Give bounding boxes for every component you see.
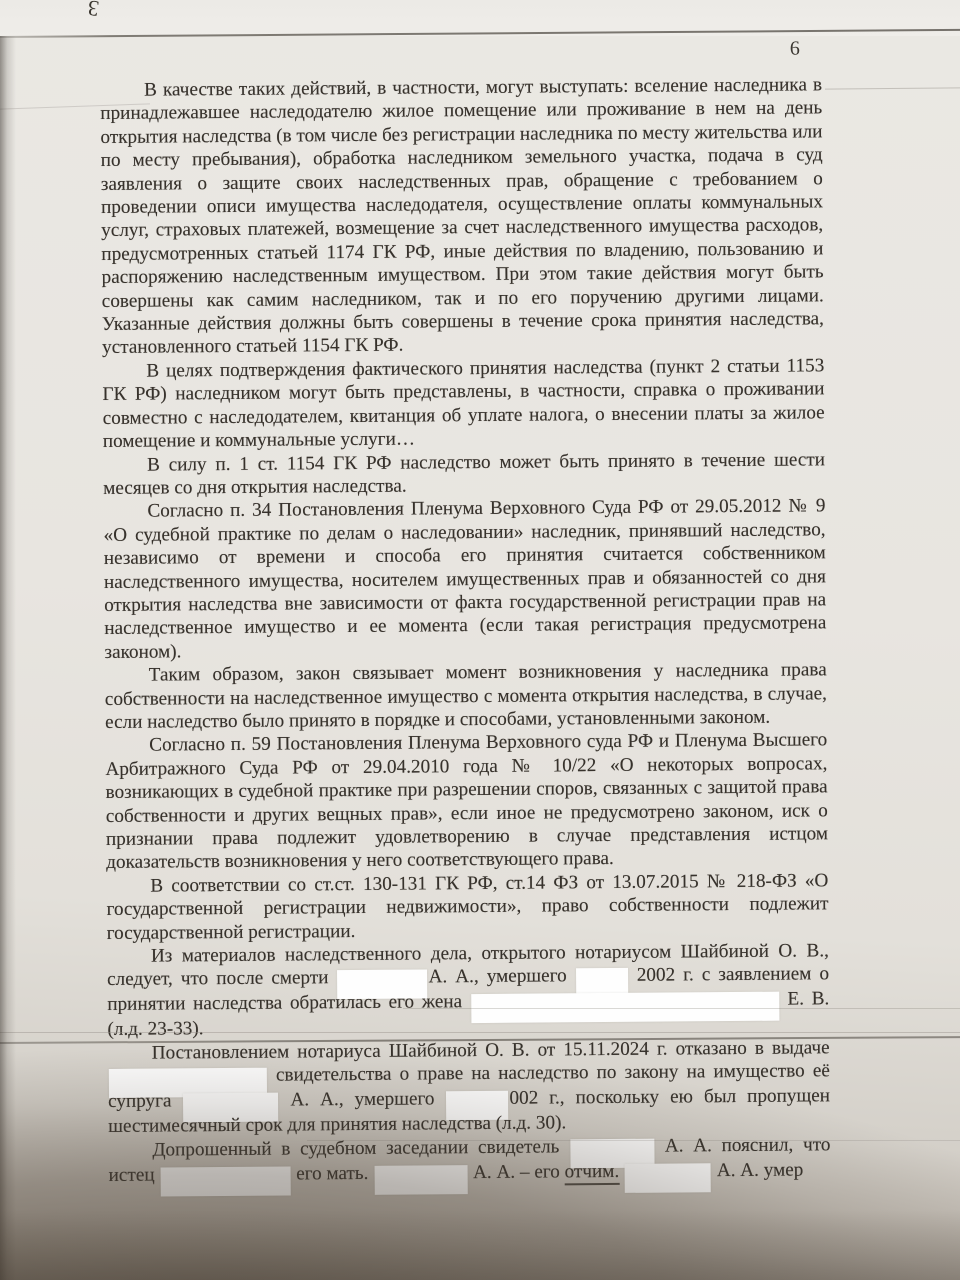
paragraph: В силу п. 1 ст. 1154 ГК РФ наследство мо… [103, 448, 825, 500]
paragraph: В качестве таких действий, в частности, … [100, 73, 824, 360]
left-edge-shadow [0, 36, 16, 1280]
document-photo: 3 6 В качестве таких действий, в частнос… [0, 0, 960, 1280]
redaction-box [337, 970, 427, 1000]
redaction-box [374, 1165, 467, 1195]
document-page: 6 В качестве таких действий, в частности… [0, 36, 960, 1280]
paragraph: Допрошенный в судебном заседании свидете… [108, 1133, 830, 1189]
page-number: 6 [790, 37, 800, 60]
paragraph: Согласно п. 34 Постановления Пленума Вер… [103, 495, 826, 665]
redaction-box [183, 1093, 278, 1123]
redaction-box [160, 1166, 290, 1196]
paragraph: В соответствии со ст.ст. 130-131 ГК РФ, … [106, 869, 829, 945]
paragraph: Из материалов наследственного дела, откр… [107, 939, 830, 1041]
underlined-text: отчим. [565, 1161, 620, 1185]
paragraph: Постановлением нотариуса Шайбиной О. В. … [108, 1036, 831, 1138]
document-text: В качестве таких действий, в частности, … [100, 73, 831, 1188]
redaction-box [446, 1091, 508, 1120]
redaction-box [471, 992, 779, 1023]
paragraph: В целях подтверждения фактического приня… [102, 354, 825, 453]
paragraph: Согласно п. 59 Постановления Пленума Вер… [105, 729, 828, 875]
page-content: 6 В качестве таких действий, в частности… [0, 32, 960, 1280]
redaction-box [625, 1163, 711, 1193]
paragraph: Таким образом, закон связывает момент во… [105, 658, 828, 734]
underlay-page-number: 3 [86, 0, 100, 22]
